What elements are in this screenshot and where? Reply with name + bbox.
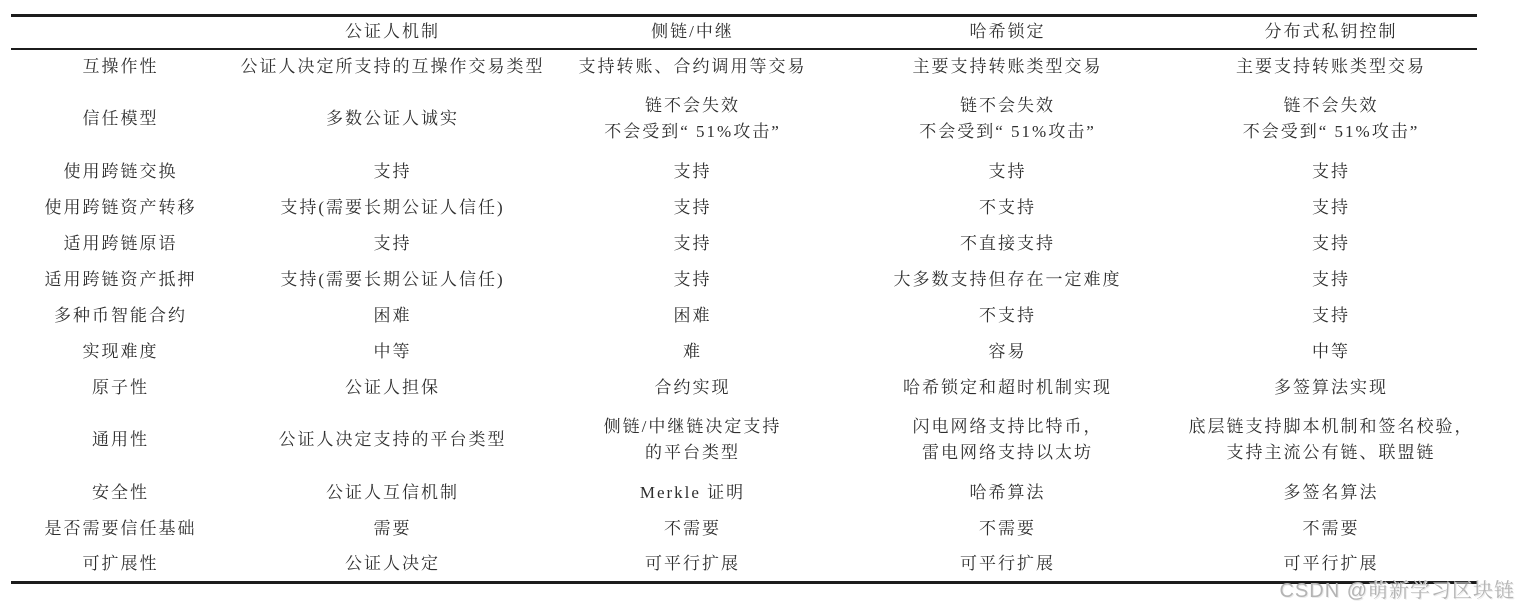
table-row: 适用跨链资产抵押支持(需要长期公证人信任)支持大多数支持但存在一定难度支持 bbox=[11, 262, 1477, 298]
table-cell: 不需要 bbox=[830, 511, 1185, 547]
table-cell: 支持 bbox=[555, 190, 830, 226]
table-cell: Merkle 证明 bbox=[555, 475, 830, 511]
row-label: 适用跨链原语 bbox=[11, 226, 230, 262]
table-cell: 链不会失效 不会受到“ 51%攻击” bbox=[1185, 85, 1477, 154]
table-row: 使用跨链资产转移支持(需要长期公证人信任)支持不支持支持 bbox=[11, 190, 1477, 226]
row-label: 多种币智能合约 bbox=[11, 298, 230, 334]
table-cell: 哈希算法 bbox=[830, 475, 1185, 511]
table-cell: 中等 bbox=[230, 334, 555, 370]
table-cell: 支持 bbox=[830, 154, 1185, 190]
table-cell: 中等 bbox=[1185, 334, 1477, 370]
row-label: 是否需要信任基础 bbox=[11, 511, 230, 547]
table-cell: 链不会失效 不会受到“ 51%攻击” bbox=[830, 85, 1185, 154]
table-cell: 公证人决定 bbox=[230, 547, 555, 583]
table-cell: 支持(需要长期公证人信任) bbox=[230, 190, 555, 226]
table-cell: 可平行扩展 bbox=[830, 547, 1185, 583]
row-label: 信任模型 bbox=[11, 85, 230, 154]
table-cell: 大多数支持但存在一定难度 bbox=[830, 262, 1185, 298]
table-cell: 容易 bbox=[830, 334, 1185, 370]
row-label: 实现难度 bbox=[11, 334, 230, 370]
table-cell: 支持 bbox=[230, 226, 555, 262]
table-header-row: 公证人机制侧链/中继哈希锁定分布式私钥控制 bbox=[11, 16, 1477, 49]
row-label: 可扩展性 bbox=[11, 547, 230, 583]
table-row: 通用性公证人决定支持的平台类型侧链/中继链决定支持 的平台类型闪电网络支持比特币… bbox=[11, 406, 1477, 475]
table-cell: 困难 bbox=[555, 298, 830, 334]
table-cell: 不支持 bbox=[830, 190, 1185, 226]
table-cell: 合约实现 bbox=[555, 370, 830, 406]
table-cell: 困难 bbox=[230, 298, 555, 334]
table-row: 多种币智能合约困难困难不支持支持 bbox=[11, 298, 1477, 334]
table-cell: 多签名算法 bbox=[1185, 475, 1477, 511]
table-row: 原子性公证人担保合约实现哈希锁定和超时机制实现多签算法实现 bbox=[11, 370, 1477, 406]
column-header: 哈希锁定 bbox=[830, 16, 1185, 49]
table-cell: 难 bbox=[555, 334, 830, 370]
table-cell: 底层链支持脚本机制和签名校验， 支持主流公有链、联盟链 bbox=[1185, 406, 1477, 475]
table-cell: 多数公证人诚实 bbox=[230, 85, 555, 154]
row-label: 适用跨链资产抵押 bbox=[11, 262, 230, 298]
table-body: 互操作性公证人决定所支持的互操作交易类型支持转账、合约调用等交易主要支持转账类型… bbox=[11, 49, 1477, 583]
column-header: 侧链/中继 bbox=[555, 16, 830, 49]
table-cell: 公证人担保 bbox=[230, 370, 555, 406]
table-row: 实现难度中等难容易中等 bbox=[11, 334, 1477, 370]
row-label: 互操作性 bbox=[11, 49, 230, 85]
table-cell: 侧链/中继链决定支持 的平台类型 bbox=[555, 406, 830, 475]
column-header: 公证人机制 bbox=[230, 16, 555, 49]
table-cell: 哈希锁定和超时机制实现 bbox=[830, 370, 1185, 406]
table-row: 适用跨链原语支持支持不直接支持支持 bbox=[11, 226, 1477, 262]
column-header: 分布式私钥控制 bbox=[1185, 16, 1477, 49]
cross-chain-comparison-table: 公证人机制侧链/中继哈希锁定分布式私钥控制 互操作性公证人决定所支持的互操作交易… bbox=[11, 14, 1477, 584]
table-cell: 需要 bbox=[230, 511, 555, 547]
table-cell: 不直接支持 bbox=[830, 226, 1185, 262]
table-cell: 支持 bbox=[555, 262, 830, 298]
table-cell: 不需要 bbox=[555, 511, 830, 547]
table-cell: 支持(需要长期公证人信任) bbox=[230, 262, 555, 298]
row-label: 原子性 bbox=[11, 370, 230, 406]
table-row: 安全性公证人互信机制Merkle 证明哈希算法多签名算法 bbox=[11, 475, 1477, 511]
csdn-watermark: CSDN @萌新学习区块链 bbox=[1279, 574, 1515, 603]
table-cell: 支持 bbox=[1185, 190, 1477, 226]
table-cell: 支持 bbox=[1185, 298, 1477, 334]
table-cell: 支持 bbox=[555, 226, 830, 262]
table-row: 信任模型多数公证人诚实链不会失效 不会受到“ 51%攻击”链不会失效 不会受到“… bbox=[11, 85, 1477, 154]
table-cell: 支持 bbox=[230, 154, 555, 190]
table-cell: 公证人决定所支持的互操作交易类型 bbox=[230, 49, 555, 85]
table-cell: 不支持 bbox=[830, 298, 1185, 334]
table-cell: 主要支持转账类型交易 bbox=[830, 49, 1185, 85]
table-row: 是否需要信任基础需要不需要不需要不需要 bbox=[11, 511, 1477, 547]
table-row: 使用跨链交换支持支持支持支持 bbox=[11, 154, 1477, 190]
table-cell: 主要支持转账类型交易 bbox=[1185, 49, 1477, 85]
table-cell: 公证人互信机制 bbox=[230, 475, 555, 511]
table-cell: 链不会失效 不会受到“ 51%攻击” bbox=[555, 85, 830, 154]
table-cell: 闪电网络支持比特币， 雷电网络支持以太坊 bbox=[830, 406, 1185, 475]
row-label-column-header bbox=[11, 16, 230, 49]
row-label: 通用性 bbox=[11, 406, 230, 475]
table-cell: 支持转账、合约调用等交易 bbox=[555, 49, 830, 85]
table-cell: 支持 bbox=[1185, 262, 1477, 298]
table-cell: 可平行扩展 bbox=[555, 547, 830, 583]
table-row: 互操作性公证人决定所支持的互操作交易类型支持转账、合约调用等交易主要支持转账类型… bbox=[11, 49, 1477, 85]
table-cell: 支持 bbox=[555, 154, 830, 190]
table-cell: 公证人决定支持的平台类型 bbox=[230, 406, 555, 475]
table-cell: 不需要 bbox=[1185, 511, 1477, 547]
table-cell: 支持 bbox=[1185, 154, 1477, 190]
table-row: 可扩展性公证人决定可平行扩展可平行扩展可平行扩展 bbox=[11, 547, 1477, 583]
row-label: 使用跨链资产转移 bbox=[11, 190, 230, 226]
row-label: 安全性 bbox=[11, 475, 230, 511]
table-header: 公证人机制侧链/中继哈希锁定分布式私钥控制 bbox=[11, 16, 1477, 49]
table-cell: 多签算法实现 bbox=[1185, 370, 1477, 406]
row-label: 使用跨链交换 bbox=[11, 154, 230, 190]
table-cell: 支持 bbox=[1185, 226, 1477, 262]
